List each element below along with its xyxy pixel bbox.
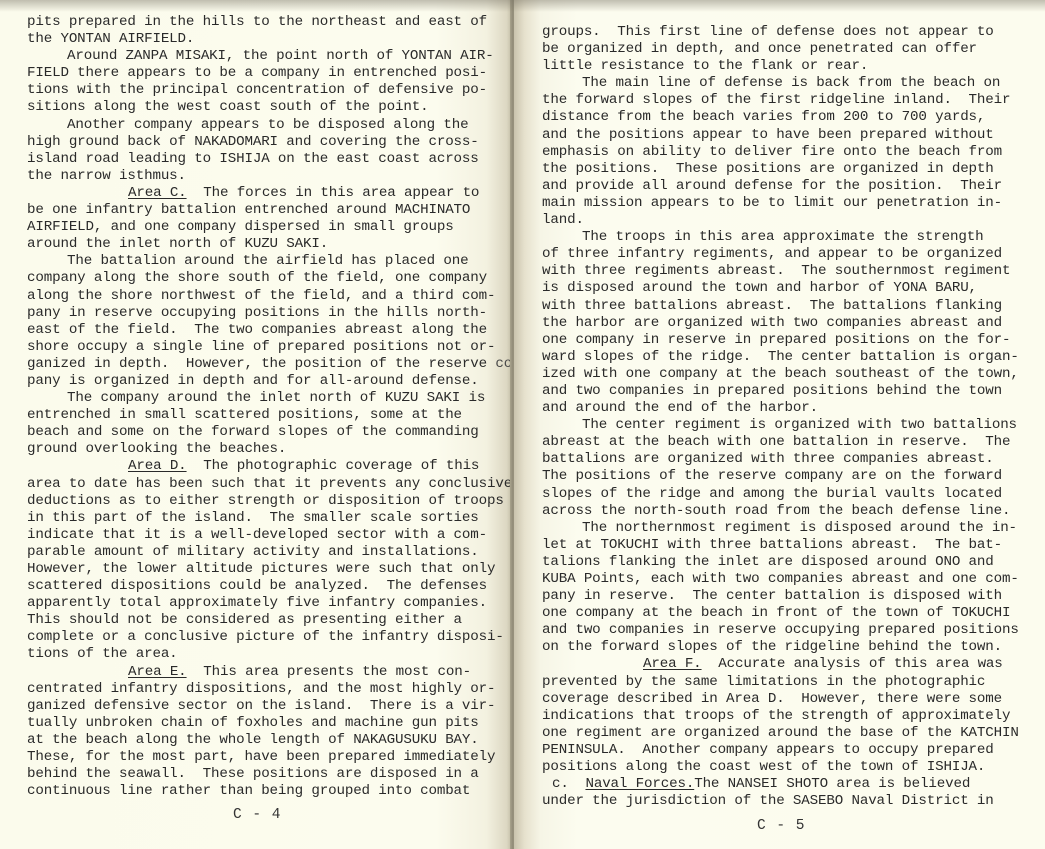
text-line: and two companies in prepared positions …	[542, 383, 1019, 400]
left-page-body: pits prepared in the hills to the northe…	[27, 14, 512, 800]
text-line: Another company appears to be disposed a…	[27, 117, 512, 134]
text-line: indications that troops of the strength …	[542, 708, 1019, 725]
text-line: let at TOKUCHI with three battalions abr…	[542, 537, 1019, 554]
text-line: However, the lower altitude pictures wer…	[27, 561, 512, 578]
margin-overflow-text: com-	[487, 356, 512, 372]
right-page-number: C - 5	[757, 818, 806, 834]
line-text: indicate that it is a well-developed sec…	[27, 527, 487, 543]
text-line: the narrow isthmus.	[27, 168, 512, 185]
text-line: centrated infantry dispositions, and the…	[27, 681, 512, 698]
right-page-body: groups. This first line of defense does …	[542, 24, 1019, 810]
text-line: abreast at the beach with one battalion …	[542, 434, 1019, 451]
line-text: This should not be considered as present…	[27, 612, 462, 628]
text-line: pany in reserve. The center battalion is…	[542, 588, 1019, 605]
line-text: along the shore northwest of the field, …	[27, 288, 495, 304]
text-line: apparently total approximately five infa…	[27, 595, 512, 612]
line-text: ized with one company at the beach south…	[542, 366, 1019, 382]
text-line: entrenched in small scattered positions,…	[27, 407, 512, 424]
line-text: one regiment are organized around the ba…	[542, 725, 1019, 741]
line-text: slopes of the ridge and among the burial…	[542, 486, 1002, 502]
line-text: abreast at the beach with one battalion …	[542, 434, 1010, 450]
text-line: behind the seawall. These positions are …	[27, 766, 512, 783]
text-line: area to date has been such that it preve…	[27, 476, 512, 493]
text-line: the positions. These positions are organ…	[542, 161, 1019, 178]
line-text: The battalion around the airfield has pl…	[67, 253, 468, 269]
text-line: one company at the beach in front of the…	[542, 605, 1019, 622]
text-line: prevented by the same limitations in the…	[542, 674, 1019, 691]
text-line: main mission appears to be to limit our …	[542, 195, 1019, 212]
line-text: and around the end of the harbor.	[542, 400, 818, 416]
line-text: shore occupy a single line of prepared p…	[27, 339, 495, 355]
text-line: on the forward slopes of the ridgeline b…	[542, 639, 1019, 656]
text-line: the harbor are organized with two compan…	[542, 315, 1019, 332]
text-line: scattered dispositions could be analyzed…	[27, 578, 512, 595]
text-line: tions with the principal concentration o…	[27, 82, 512, 99]
line-text: The forces in this area appear to	[187, 185, 480, 201]
text-line: AIRFIELD, and one company dispersed in s…	[27, 219, 512, 236]
line-text: on the forward slopes of the ridgeline b…	[542, 639, 1002, 655]
text-line: with three regiments abreast. The southe…	[542, 263, 1019, 280]
line-text: scattered dispositions could be analyzed…	[27, 578, 487, 594]
text-line: groups. This first line of defense does …	[542, 24, 1019, 41]
text-line: the YONTAN AIRFIELD.	[27, 31, 512, 48]
text-line: PENINSULA. Another company appears to oc…	[542, 742, 1019, 759]
line-text: and two companies in prepared positions …	[542, 383, 1002, 399]
text-line: ized with one company at the beach south…	[542, 366, 1019, 383]
line-text: emphasis on ability to deliver fire onto…	[542, 144, 1002, 160]
text-line: These, for the most part, have been prep…	[27, 749, 512, 766]
text-line: pany in reserve occupying positions in t…	[27, 305, 512, 322]
line-text: ward slopes of the ridge. The center bat…	[542, 349, 1019, 365]
text-line: KUBA Points, each with two companies abr…	[542, 571, 1019, 588]
line-text: FIELD there appears to be a company in e…	[27, 65, 487, 81]
line-text: The photographic coverage of this	[187, 458, 480, 474]
text-line: be organized in depth, and once penetrat…	[542, 41, 1019, 58]
text-line: This should not be considered as present…	[27, 612, 512, 629]
text-line: company along the shore south of the fie…	[27, 270, 512, 287]
line-text: tions of the area.	[27, 646, 178, 662]
line-text: under the jurisdiction of the SASEBO Nav…	[542, 793, 994, 809]
line-text: in this part of the island. The smaller …	[27, 510, 479, 526]
text-line: The company around the inlet north of KU…	[27, 390, 512, 407]
line-text: high ground back of NAKADOMARI and cover…	[27, 134, 479, 150]
line-text: groups. This first line of defense does …	[542, 24, 994, 40]
line-text: sitions along the west coast south of th…	[27, 99, 428, 115]
area-heading: Area D.	[128, 458, 187, 474]
text-line: with three battalions abreast. The batta…	[542, 298, 1019, 315]
line-text: and two companies in reserve occupying p…	[542, 622, 1019, 638]
text-line: under the jurisdiction of the SASEBO Nav…	[542, 793, 1019, 810]
text-line: and two companies in reserve occupying p…	[542, 622, 1019, 639]
line-text: be organized in depth, and once penetrat…	[542, 41, 977, 57]
text-line: The northernmost regiment is disposed ar…	[542, 520, 1019, 537]
right-page: groups. This first line of defense does …	[514, 0, 1045, 849]
left-page-number: C - 4	[233, 807, 282, 823]
left-page: pits prepared in the hills to the northe…	[0, 0, 512, 849]
line-text: The northernmost regiment is disposed ar…	[582, 520, 1017, 536]
line-text: positions along the coast west of the to…	[542, 759, 985, 775]
line-text: company along the shore south of the fie…	[27, 270, 487, 286]
line-text: Another company appears to be disposed a…	[67, 117, 468, 133]
line-text: area to date has been such that it preve…	[27, 476, 512, 492]
line-text: and the positions appear to have been pr…	[542, 127, 994, 143]
text-line: battalions are organized with three comp…	[542, 451, 1019, 468]
line-text: the forward slopes of the first ridgelin…	[542, 92, 1010, 108]
line-text: centrated infantry dispositions, and the…	[27, 681, 495, 697]
text-line: across the north-south road from the bea…	[542, 503, 1019, 520]
line-text: of three infantry regiments, and appear …	[542, 246, 1002, 262]
line-text: The positions of the reserve company are…	[542, 468, 1002, 484]
text-line: be one infantry battalion entrenched aro…	[27, 202, 512, 219]
text-line: ganized in depth. However, the position …	[27, 356, 512, 373]
line-text: The NANSEI SHOTO area is believed	[694, 776, 970, 792]
line-text: behind the seawall. These positions are …	[27, 766, 479, 782]
line-text: the narrow isthmus.	[27, 168, 186, 184]
text-line: The battalion around the airfield has pl…	[27, 253, 512, 270]
text-line: The troops in this area approximate the …	[542, 229, 1019, 246]
line-text: apparently total approximately five infa…	[27, 595, 487, 611]
line-text: at the beach along the whole length of N…	[27, 732, 479, 748]
text-line: tions of the area.	[27, 646, 512, 663]
text-line: Area E. This area presents the most con-	[27, 664, 512, 681]
line-text: complete or a conclusive picture of the …	[27, 629, 504, 645]
line-text: land.	[542, 212, 584, 228]
line-text: Around ZANPA MISAKI, the point north of …	[67, 48, 494, 64]
line-text: one company in reserve in prepared posit…	[542, 332, 1010, 348]
area-heading: Naval Forces.	[585, 776, 694, 792]
text-line: The main line of defense is back from th…	[542, 75, 1019, 92]
text-line: and around the end of the harbor.	[542, 400, 1019, 417]
line-text: ground overlooking the beaches.	[27, 441, 286, 457]
line-text: This area presents the most con-	[187, 664, 471, 680]
line-text: with three regiments abreast. The southe…	[542, 263, 1010, 279]
line-text: beach and some on the forward slopes of …	[27, 424, 479, 440]
line-text: AIRFIELD, and one company dispersed in s…	[27, 219, 454, 235]
line-text: across the north-south road from the bea…	[542, 503, 1010, 519]
text-line: in this part of the island. The smaller …	[27, 510, 512, 527]
text-line: slopes of the ridge and among the burial…	[542, 486, 1019, 503]
line-text: with three battalions abreast. The batta…	[542, 298, 1002, 314]
line-text: coverage described in Area D. However, t…	[542, 691, 1002, 707]
text-line: is disposed around the town and harbor o…	[542, 280, 1019, 297]
line-text: pany in reserve occupying positions in t…	[27, 305, 487, 321]
line-text: east of the field. The two companies abr…	[27, 322, 487, 338]
line-text: be one infantry battalion entrenched aro…	[27, 202, 470, 218]
line-text: indications that troops of the strength …	[542, 708, 1010, 724]
text-line: ganized defensive sector on the island. …	[27, 698, 512, 715]
text-line: one regiment are organized around the ba…	[542, 725, 1019, 742]
text-line: pits prepared in the hills to the northe…	[27, 14, 512, 31]
text-line: at the beach along the whole length of N…	[27, 732, 512, 749]
line-text: deductions as to either strength or disp…	[27, 493, 504, 509]
line-text: pany is organized in depth and for all-a…	[27, 373, 479, 389]
line-text: tually unbroken chain of foxholes and ma…	[27, 715, 479, 731]
text-line: little resistance to the flank or rear.	[542, 58, 1019, 75]
text-line: Around ZANPA MISAKI, the point north of …	[27, 48, 512, 65]
line-text: PENINSULA. Another company appears to oc…	[542, 742, 994, 758]
line-text: tions with the principal concentration o…	[27, 82, 487, 98]
text-line: parable amount of military activity and …	[27, 544, 512, 561]
line-text: ganized in depth. However, the position …	[27, 356, 487, 372]
line-text: battalions are organized with three comp…	[542, 451, 994, 467]
line-text: the YONTAN AIRFIELD.	[27, 31, 194, 47]
text-line: and provide all around defense for the p…	[542, 178, 1019, 195]
line-text: pits prepared in the hills to the northe…	[27, 14, 487, 30]
line-text: The main line of defense is back from th…	[582, 75, 1000, 91]
line-text: However, the lower altitude pictures wer…	[27, 561, 495, 577]
text-line: emphasis on ability to deliver fire onto…	[542, 144, 1019, 161]
line-text: The troops in this area approximate the …	[582, 229, 983, 245]
line-text: The center regiment is organized with tw…	[582, 417, 1017, 433]
line-text: main mission appears to be to limit our …	[542, 195, 1002, 211]
line-text: parable amount of military activity and …	[27, 544, 479, 560]
text-line: shore occupy a single line of prepared p…	[27, 339, 512, 356]
line-text: island road leading to ISHIJA on the eas…	[27, 151, 479, 167]
text-line: and the positions appear to have been pr…	[542, 127, 1019, 144]
text-line: The positions of the reserve company are…	[542, 468, 1019, 485]
line-text: little resistance to the flank or rear.	[542, 58, 868, 74]
text-line: along the shore northwest of the field, …	[27, 288, 512, 305]
text-line: distance from the beach varies from 200 …	[542, 109, 1019, 126]
area-heading: Area C.	[128, 185, 187, 201]
text-line: east of the field. The two companies abr…	[27, 322, 512, 339]
text-line: high ground back of NAKADOMARI and cover…	[27, 134, 512, 151]
area-heading: Area E.	[128, 664, 187, 680]
line-text: prevented by the same limitations in the…	[542, 674, 985, 690]
text-line: land.	[542, 212, 1019, 229]
text-line: tually unbroken chain of foxholes and ma…	[27, 715, 512, 732]
line-text: KUBA Points, each with two companies abr…	[542, 571, 1019, 587]
area-heading: Area F.	[643, 656, 702, 672]
line-text: distance from the beach varies from 200 …	[542, 109, 985, 125]
line-text: the positions. These positions are organ…	[542, 161, 994, 177]
text-line: coverage described in Area D. However, t…	[542, 691, 1019, 708]
book-spread: pits prepared in the hills to the northe…	[0, 0, 1045, 849]
line-text: The company around the inlet north of KU…	[67, 390, 485, 406]
line-text: one company at the beach in front of the…	[542, 605, 1010, 621]
text-line: of three infantry regiments, and appear …	[542, 246, 1019, 263]
text-line: talions flanking the inlet are disposed …	[542, 554, 1019, 571]
text-line: pany is organized in depth and for all-a…	[27, 373, 512, 390]
text-line: Area F. Accurate analysis of this area w…	[542, 656, 1019, 673]
text-line: positions along the coast west of the to…	[542, 759, 1019, 776]
text-line: sitions along the west coast south of th…	[27, 99, 512, 116]
text-line: FIELD there appears to be a company in e…	[27, 65, 512, 82]
line-text: Accurate analysis of this area was	[702, 656, 1003, 672]
text-line: the forward slopes of the first ridgelin…	[542, 92, 1019, 109]
line-text: and provide all around defense for the p…	[542, 178, 1002, 194]
line-text: talions flanking the inlet are disposed …	[542, 554, 994, 570]
line-text: entrenched in small scattered positions,…	[27, 407, 462, 423]
line-text: let at TOKUCHI with three battalions abr…	[542, 537, 1002, 553]
text-line: island road leading to ISHIJA on the eas…	[27, 151, 512, 168]
text-line: one company in reserve in prepared posit…	[542, 332, 1019, 349]
text-line: Area D. The photographic coverage of thi…	[27, 458, 512, 475]
text-line: deductions as to either strength or disp…	[27, 493, 512, 510]
line-text: around the inlet north of KUZU SAKI.	[27, 236, 328, 252]
line-text: These, for the most part, have been prep…	[27, 749, 495, 765]
text-line: complete or a conclusive picture of the …	[27, 629, 512, 646]
text-line: beach and some on the forward slopes of …	[27, 424, 512, 441]
text-line: The center regiment is organized with tw…	[542, 417, 1019, 434]
line-text: continuous line rather than being groupe…	[27, 783, 470, 799]
text-line: ground overlooking the beaches.	[27, 441, 512, 458]
text-line: ward slopes of the ridge. The center bat…	[542, 349, 1019, 366]
text-line: around the inlet north of KUZU SAKI.	[27, 236, 512, 253]
text-line: c. Naval Forces.The NANSEI SHOTO area is…	[542, 776, 1019, 793]
text-line: Area C. The forces in this area appear t…	[27, 185, 512, 202]
line-text: pany in reserve. The center battalion is…	[542, 588, 1002, 604]
section-prefix: c.	[552, 776, 585, 792]
line-text: ganized defensive sector on the island. …	[27, 698, 495, 714]
text-line: indicate that it is a well-developed sec…	[27, 527, 512, 544]
line-text: is disposed around the town and harbor o…	[542, 280, 977, 296]
text-line: continuous line rather than being groupe…	[27, 783, 512, 800]
line-text: the harbor are organized with two compan…	[542, 315, 1002, 331]
